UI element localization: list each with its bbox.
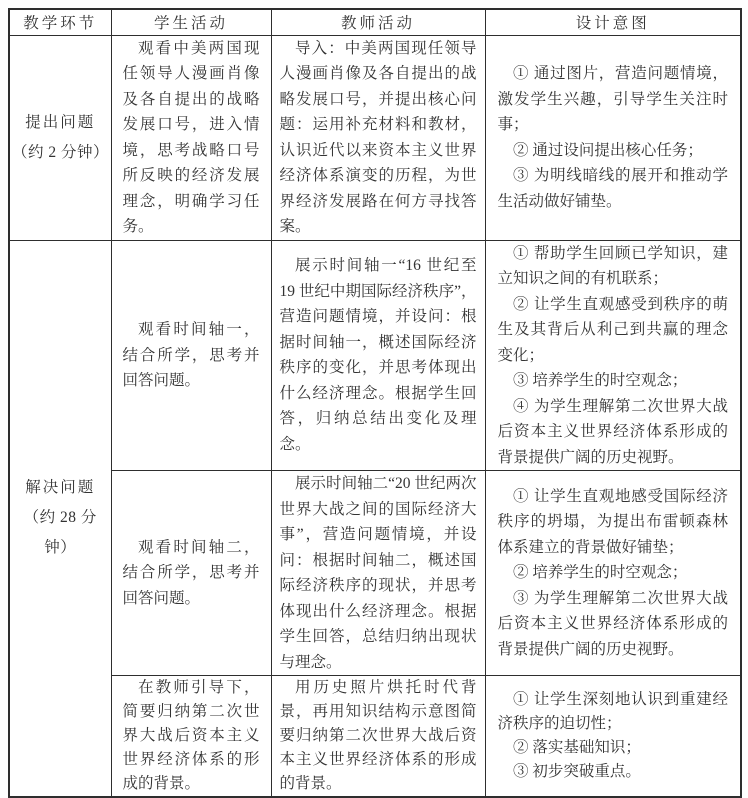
- intent-item: ② 通过设问提出核心任务；: [498, 138, 729, 164]
- stage-duration: （约 2 分钟）: [12, 138, 109, 168]
- intent-item: ③ 为学生理解第二次世界大战后资本主义世界经济体系形成的背景提供广阔的历史视野。: [498, 586, 729, 663]
- document-page: 教学环节 学生活动 教师活动 设计意图 提出问题 （约 2 分钟） 观看中美两国…: [0, 0, 748, 767]
- header-teacher-activity: 教师活动: [271, 9, 485, 35]
- design-intent-cell: ① 让学生直观地感受国际经济秩序的坍塌，为提出布雷顿森林体系建立的背景做好铺垫；…: [485, 471, 741, 676]
- intent-item: ③ 培养学生的时空观念；: [498, 368, 729, 394]
- student-activity-cell: 观看时间轴二，结合所学，思考并回答问题。: [111, 471, 271, 676]
- header-design-intent: 设计意图: [485, 9, 741, 35]
- design-intent-cell: ① 帮助学生回顾已学知识，建立知识之间的有机联系； ② 让学生直观感受到秩序的萌…: [485, 240, 741, 471]
- row-solve-problems-2: 观看时间轴二，结合所学，思考并回答问题。 展示时间轴二“20 世纪两次世界大战之…: [9, 471, 741, 676]
- student-activity-text: 观看中美两国现任领导人漫画肖像及各自提出的战略发展口号，进入情境，思考战略口号所…: [123, 36, 260, 240]
- table-header-row: 教学环节 学生活动 教师活动 设计意图: [9, 9, 741, 35]
- teacher-activity-cell: 展示时间轴一“16 世纪至 19 世纪中期国际经济秩序”，营造问题情境，并设问：…: [271, 240, 485, 471]
- teacher-activity-text: 展示时间轴一“16 世纪至 19 世纪中期国际经济秩序”，营造问题情境，并设问：…: [280, 253, 477, 457]
- stage-cell-solve-problems: 解决问题 （约 28 分钟）: [9, 240, 111, 797]
- student-activity-cell: 观看中美两国现任领导人漫画肖像及各自提出的战略发展口号，进入情境，思考战略口号所…: [111, 35, 271, 240]
- intent-item: ③ 为明线暗线的展开和推动学生活动做好铺垫。: [498, 163, 729, 214]
- student-activity-cell: 在教师引导下，简要归纳第二次世界大战后资本主义世界经济体系的形成的背景。: [111, 676, 271, 798]
- intent-item: ② 让学生直观感受到秩序的萌生及其背后从利己到共赢的理念变化；: [498, 292, 729, 369]
- row-solve-problems-1: 解决问题 （约 28 分钟） 观看时间轴一，结合所学，思考并回答问题。 展示时间…: [9, 240, 741, 471]
- row-raise-questions: 提出问题 （约 2 分钟） 观看中美两国现任领导人漫画肖像及各自提出的战略发展口…: [9, 35, 741, 240]
- intent-item: ① 让学生深刻地认识到重建经济秩序的迫切性；: [498, 688, 729, 736]
- teacher-activity-text: 用历史照片烘托时代背景，再用知识结构示意图简要归纳第二次世界大战后资本主义世界经…: [280, 676, 477, 796]
- teacher-activity-text: 展示时间轴二“20 世纪两次世界大战之间的国际经济大事”，营造问题情境，并设问：…: [280, 471, 477, 675]
- stage-name: 提出问题: [12, 108, 109, 138]
- teacher-activity-cell: 用历史照片烘托时代背景，再用知识结构示意图简要归纳第二次世界大战后资本主义世界经…: [271, 676, 485, 798]
- intent-item: ① 帮助学生回顾已学知识，建立知识之间的有机联系；: [498, 241, 729, 292]
- row-solve-problems-3: 在教师引导下，简要归纳第二次世界大战后资本主义世界经济体系的形成的背景。 用历史…: [9, 676, 741, 798]
- teacher-activity-cell: 导入：中美两国现任领导人漫画肖像及各自提出的战略发展口号，并提出核心问题：运用补…: [271, 35, 485, 240]
- header-teaching-stage: 教学环节: [9, 9, 111, 35]
- student-activity-text: 观看时间轴一，结合所学，思考并回答问题。: [123, 317, 260, 394]
- intent-item: ② 培养学生的时空观念；: [498, 560, 729, 586]
- student-activity-text: 观看时间轴二，结合所学，思考并回答问题。: [123, 535, 260, 612]
- design-intent-cell: ① 通过图片，营造问题情境，激发学生兴趣，引导学生关注时事； ② 通过设问提出核…: [485, 35, 741, 240]
- lesson-plan-table: 教学环节 学生活动 教师活动 设计意图 提出问题 （约 2 分钟） 观看中美两国…: [8, 8, 742, 798]
- teacher-activity-cell: 展示时间轴二“20 世纪两次世界大战之间的国际经济大事”，营造问题情境，并设问：…: [271, 471, 485, 676]
- design-intent-cell: ① 让学生深刻地认识到重建经济秩序的迫切性； ② 落实基础知识； ③ 初步突破重…: [485, 676, 741, 798]
- teacher-activity-text: 导入：中美两国现任领导人漫画肖像及各自提出的战略发展口号，并提出核心问题：运用补…: [280, 36, 477, 240]
- intent-item: ② 落实基础知识；: [498, 736, 729, 760]
- stage-cell-raise-questions: 提出问题 （约 2 分钟）: [9, 35, 111, 240]
- intent-item: ④ 为学生理解第二次世界大战后资本主义世界经济体系形成的背景提供广阔的历史视野。: [498, 394, 729, 471]
- intent-item: ① 通过图片，营造问题情境，激发学生兴趣，引导学生关注时事；: [498, 61, 729, 138]
- stage-name: 解决问题: [12, 473, 109, 503]
- intent-item: ③ 初步突破重点。: [498, 760, 729, 784]
- stage-duration: （约 28 分钟）: [12, 503, 109, 563]
- student-activity-text: 在教师引导下，简要归纳第二次世界大战后资本主义世界经济体系的形成的背景。: [123, 676, 260, 796]
- intent-item: ① 让学生直观地感受国际经济秩序的坍塌，为提出布雷顿森林体系建立的背景做好铺垫；: [498, 484, 729, 561]
- student-activity-cell: 观看时间轴一，结合所学，思考并回答问题。: [111, 240, 271, 471]
- header-student-activity: 学生活动: [111, 9, 271, 35]
